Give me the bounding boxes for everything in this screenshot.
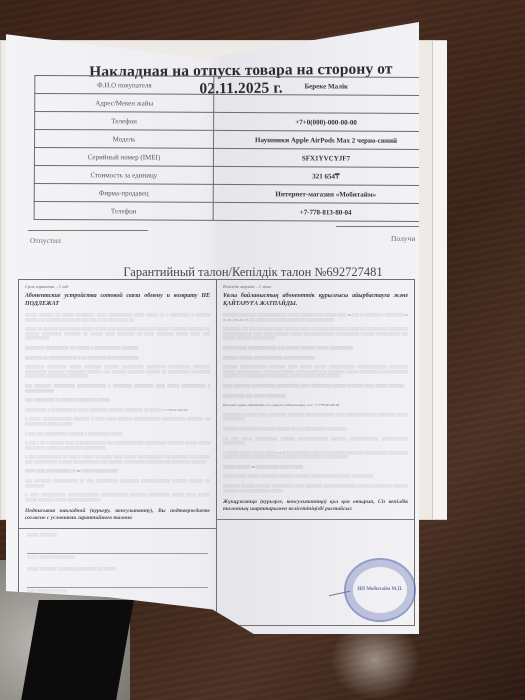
invoice-row: Фирма-продавецИнтернет-магазин «Мобитайм…: [34, 183, 438, 203]
warranty-agreement-ru: Подписывая накладной (курьеру, консульта…: [25, 508, 210, 522]
warranty-headline-ru: Абонентские устройства сотовой связи обм…: [25, 293, 210, 308]
warranty-headline-kz: Ұялы байланыстың абоненттік құрылғысы ай…: [223, 293, 408, 308]
warranty-paragraph: ░░░░░░░░░░ ░░░░░░░░░░░░ ░░░ ░░░░░░ ░░░░░…: [223, 346, 408, 351]
invoice-row-value: Интернет-магазин «Мобитайм»: [213, 184, 438, 203]
warranty-paragraph: ░░░░░░░░░░░░░░ ░░░░░░░░░░░░ ░░░░░ ░░░░░░…: [223, 313, 408, 322]
warranty-paragraph: ░░░░░ ░░░░░░ 30 ░░░░░░░░░░ ░░░░ ░░░░░: [223, 465, 408, 470]
warranty-paragraph: ░ ░░░ ░ ░░ ░ ░░░░░░ ░░░░ ░ ░░░░░░░░░░░ ░…: [25, 441, 210, 450]
warranty-paragraph: ░ ░░░░░ ░░░░░░░░░░░░ ░░░░░░░ ░ ░░░░ ░░░░…: [25, 417, 210, 426]
invoice-table: Ф.И.О покупателяБереке МалікАдрес/Мекен …: [34, 75, 440, 222]
invoice-row: Телефон+7+0(000)-000-00-00: [35, 111, 439, 131]
warranty-agreement-kz: Жүкқұжатқа (курьерге, консультантқа) қол…: [223, 499, 408, 513]
invoice-row: МодельНаушники Apple AirPods Max 2 черно…: [35, 129, 439, 149]
warranty-phone-note-kz: Интернет-дүкен «Мобитайм» бос уақытта ха…: [223, 403, 408, 408]
company-seal-stamp: ИП Мобитайм М.П.: [344, 558, 416, 622]
warranty-paragraph: ░░░░░░░ ░░ ░░░░░░░░░░░░ ░ ░░ ░░░░░░░░ ░░…: [25, 356, 210, 361]
released-signature-line: [28, 230, 148, 231]
warranty-paragraph: ░ ░░░ ░░░░░░░░░░ ░░ ░░░░ ░ ░░░░░ ░░░░░░░…: [25, 455, 210, 464]
invoice-row-value: 321 654₸: [213, 166, 438, 185]
warranty-paragraph: ░░░ ░░░░░░░ ░░░░░░░░░ ░░░░░░░░░░░░ ░ ░░░…: [25, 384, 210, 393]
warranty-paragraph: ░░░░ ░░░░ ░░░░░░░░░░ ░░ 30 ░░░░░░░░░░░ ░…: [25, 469, 210, 474]
warranty-paragraph: ░░ ░░░ ░░░░ ░░░░░░░░░ ░░░░░░ ░░░░░░░░░░░…: [223, 437, 408, 446]
warranty-paragraph: ░░░░░ ░░ ░░░░░░ ░░░░░░░░░ ░░░░ ░ ░░░░░ ░…: [25, 327, 210, 341]
field-label: ░░░░░ ░░░░░░░ ░░░░░░░░ ░░░░░░░░ ░░ ░░░░░: [27, 567, 208, 571]
invoice-row-label: Серийный номер (IMEI): [34, 147, 213, 166]
warranty-paragraph: ░░░░░░░░░░ ░░░░░ ░░░░░░░ ░░░░░░ ░░░░░░░ …: [223, 474, 408, 479]
invoice-document: Накладная на отпуск товара на сторону от…: [6, 22, 419, 634]
invoice-row-value: +7+0(000)-000-00-00: [214, 112, 439, 131]
warranty-paragraph: ░░░░░░░ ░░░ ░░░░░░░░░░ ░░░░ ░░░░░░ ░░░░░…: [223, 327, 408, 341]
warranty-column-ru: Срок гарантии – 1 год Абонентские устрой…: [19, 280, 216, 625]
invoice-row-value: +7-778-813-80-04: [213, 202, 438, 221]
warranty-paragraph: ░░░░░░ ░░░░░░ ░░░░░░░░░░░░ ░░░░░░░░░░░░░: [223, 356, 408, 361]
stamp-text: ИП Мобитайм М.П.: [357, 587, 402, 593]
warranty-paragraph: ░░░░░░░░ ░░░░░░░░ ░░░░░ ░░░░░░░ ░░░░░░ ░…: [25, 365, 210, 379]
warranty-paragraph: ░ ░░░ ░░░ ░░░░░░░░░░ ░░░░░░ ░ ░░░░░░░░░ …: [25, 432, 210, 437]
invoice-row: Серийный номер (IMEI)SFX1YVCYJF7: [34, 147, 438, 167]
dark-object: [21, 600, 134, 700]
warranty-paragraph: ░░░ ░░░░░░░ ░░░░░░░░░░ ░░ ░░░ ░░░░░░░░░ …: [25, 479, 210, 488]
invoice-row-value: [214, 94, 439, 113]
field-label: ░░░░░ ░░░░░░░: [27, 533, 208, 537]
received-by-label: Получи: [391, 234, 415, 243]
released-by-label: Отпустил: [30, 236, 61, 245]
warranty-term-kz: Кепілдік мерзімі – 1 жыл: [223, 284, 408, 289]
invoice-row-value: Наушники Apple AirPods Max 2 черно-синий: [214, 130, 439, 149]
warranty-paragraph: ░░░░░░░░ ░░░░░░ ░░░░ ░░░░░░░ ░░░░░░░ ░░░…: [223, 413, 408, 422]
invoice-row-label: Ф.И.О покупателя: [35, 75, 214, 94]
invoice-row-value: Береке Малік: [214, 76, 439, 95]
warranty-paragraph: ░░░░ ░░░░░░░ ░░░░░░░░░░ ░░░░░░░░░░ ░░░░ …: [223, 384, 408, 389]
invoice-row-label: Телефон: [34, 201, 213, 220]
warranty-paragraph: ░░░░░░ ░░░░░░░░░░░ ░░░░░░░ ░░░░ ░░░░░ ░░…: [223, 365, 408, 379]
field-sub: ░░░░ ░ ░░░░░░ ░░░░░░░░░: [27, 553, 208, 559]
invoice-row-label: Фирма-продавец: [34, 183, 213, 202]
warranty-paragraph: ░░░░░ ░░░░░░ ░░ ░░░░░ ░░░░░░░░ ░░░░ ░░░░…: [25, 313, 210, 322]
warranty-paragraph: ░░░░░░░░ ░░░░░░░░░░ ░░ ░░░░░░ ░ ░░░░░░░░…: [25, 346, 210, 351]
warranty-paragraph: ░░░░░░░░░ ░░░ ░░░░░ ░░░░░░░░: [223, 394, 408, 399]
invoice-row-label: Стоимость за единицу: [34, 165, 213, 184]
field-sub: ░░░░ ░░░░░░░ ░░░░░░: [27, 587, 208, 593]
invoice-row: Телефон+7-778-813-80-04: [34, 201, 438, 221]
warranty-paragraph: ░░░░░░░ ░░░░░░ ░░░░░░ ░░░░░░░░░ ░░░░ ░░░…: [223, 484, 408, 493]
warranty-paragraph: ░░░ ░░░░░░░░░ ░░ ░░░░░░ ░░░░░░░ ░ ░░░░░: [25, 398, 210, 403]
warranty-paragraph: ░░░░░░ ░░░░░░░░ ░░░░░░░ ░░░░░░ ░░░░ ░ ░░…: [223, 427, 408, 432]
warranty-paragraph: ░ ░░░░ ░░░░░░░░░░ ░░░░░░░░░░░░░ ░░░░░░░░…: [25, 493, 210, 502]
warranty-title: Гарантийный талон/Кепілдік талон №692727…: [88, 265, 418, 280]
invoice-row-label: Адрес/Мекен жайы: [35, 93, 214, 112]
invoice-row-value: SFX1YVCYJF7: [213, 148, 438, 167]
invoice-row: Ф.И.О покупателяБереке Малік: [35, 75, 439, 95]
warranty-term-ru: Срок гарантии – 1 год: [25, 284, 210, 289]
invoice-row: Стоимость за единицу321 654₸: [34, 165, 438, 185]
invoice-row: Адрес/Мекен жайы: [35, 93, 439, 113]
warranty-paragraph: ░░░░░░░░░ ░ ░░░░░░░░░░░ ░░░░ ░░░░░░░░ ░░…: [25, 408, 210, 413]
product-box-edge: [432, 41, 447, 519]
invoice-row-label: Телефон: [35, 111, 214, 130]
invoice-row-label: Модель: [35, 129, 214, 148]
received-signature-line: [336, 226, 426, 227]
warranty-paragraph: ░ ░░░░░ ░░░░░ ░░░░░ ░░░░░ 14 ░░░ ░░░░░░░…: [223, 451, 408, 460]
